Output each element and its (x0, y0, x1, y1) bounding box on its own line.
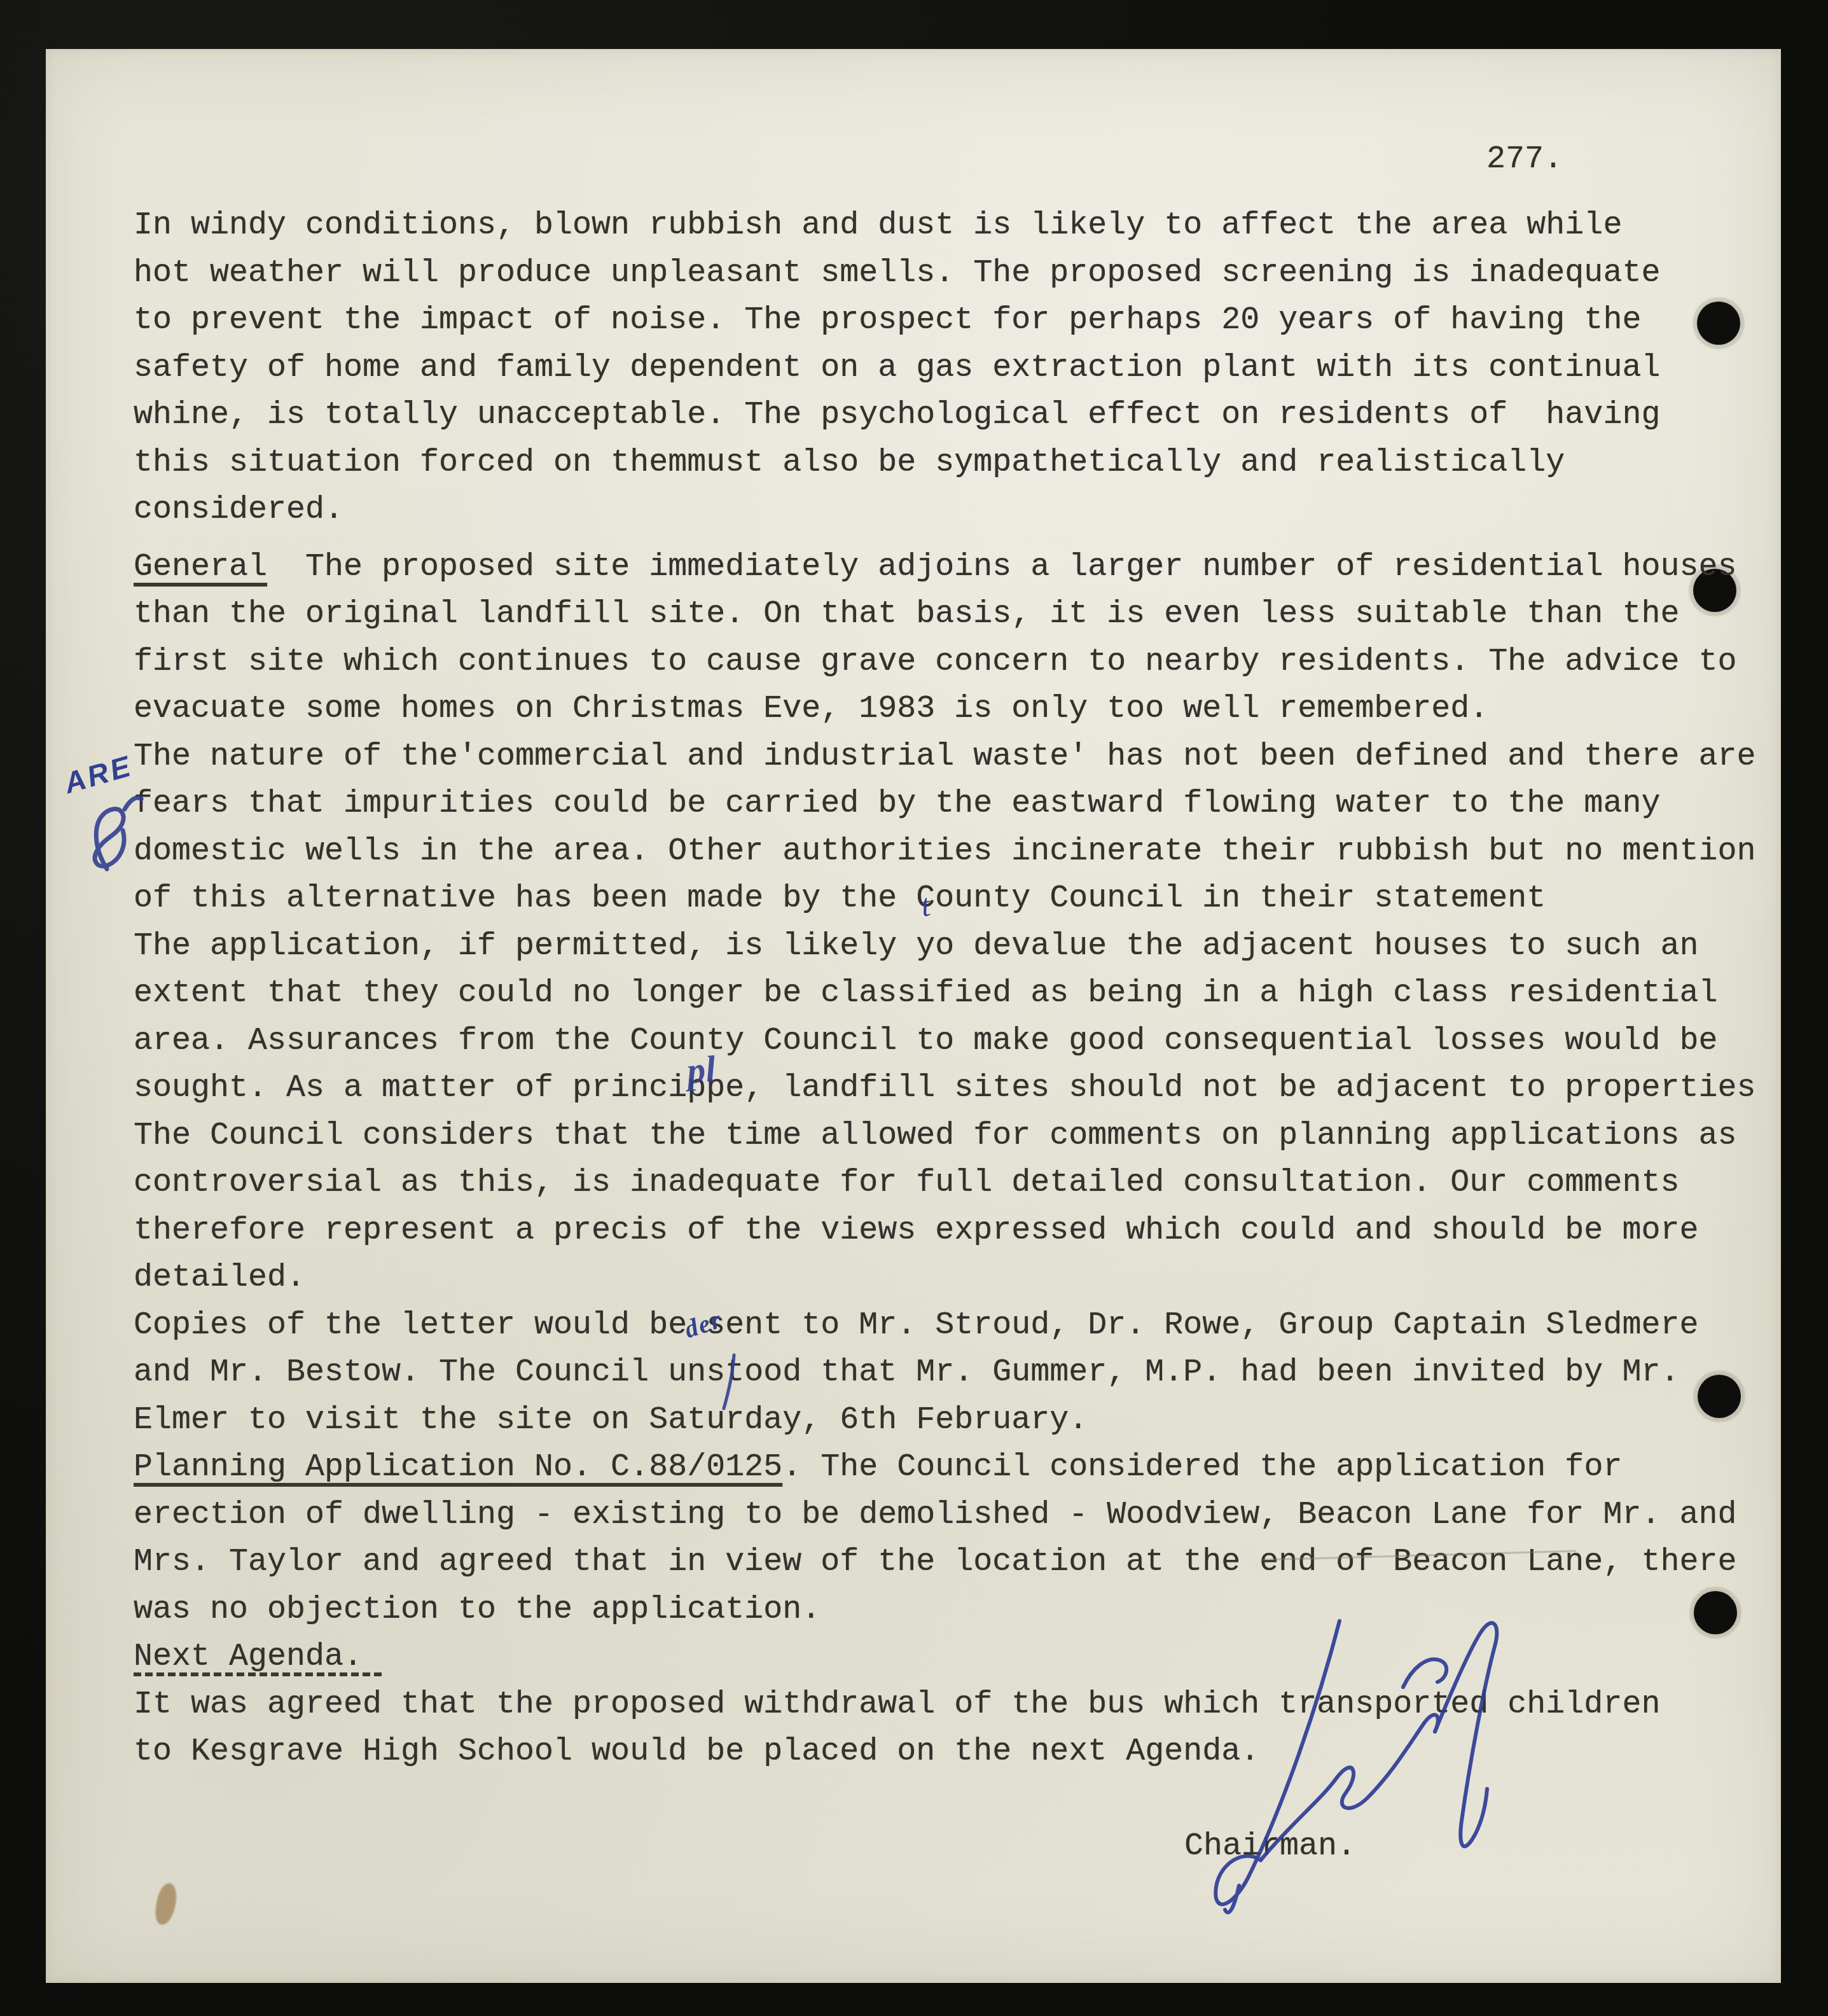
typed-text: first site which continues to cause grav… (134, 644, 1736, 680)
typed-line: Next Agenda. (134, 1634, 1755, 1681)
typed-line: whine, is totally unacceptable. The psyc… (134, 392, 1755, 440)
typed-text: The proposed site immediately adjoins a … (267, 549, 1736, 585)
typed-text: In windy conditions, blown rubbish and d… (134, 207, 1622, 244)
typed-text: safety of home and family dependent on a… (134, 350, 1660, 386)
typed-text: than the original landfill site. On that… (134, 596, 1679, 632)
typed-line: hot weather will produce unpleasant smel… (134, 250, 1755, 298)
typed-line: Mrs. Taylor and agreed that in view of t… (134, 1539, 1755, 1587)
typed-text: The application, if permitted, is likely… (134, 928, 1698, 964)
typed-text: evacuate some homes on Christmas Eve, 19… (134, 691, 1488, 727)
typed-line: Elmer to visit the site on Saturday, 6th… (134, 1397, 1755, 1445)
typed-text: controversial as this, is inadequate for… (134, 1165, 1679, 1201)
typed-line: domestic wells in the area. Other author… (134, 828, 1755, 876)
typed-text: erection of dwelling - existing to be de… (134, 1497, 1736, 1533)
typed-text: . The Council considered the application… (782, 1449, 1622, 1485)
typed-line: detailed. (134, 1255, 1755, 1302)
typed-text: whine, is totally unacceptable. The psyc… (134, 397, 1660, 433)
typed-text: and Mr. Bestow. The Council unstood that… (134, 1354, 1679, 1391)
typed-line: of this alternative has been made by the… (134, 875, 1755, 923)
typed-text: to Kesgrave High School would be placed … (134, 1734, 1259, 1770)
typed-text: The nature of the'commercial and industr… (134, 739, 1755, 775)
typed-line: evacuate some homes on Christmas Eve, 19… (134, 686, 1755, 733)
typed-text: fears that impurities could be carried b… (134, 786, 1660, 822)
typed-text: sought. As a matter of princippe, landfi… (134, 1070, 1755, 1106)
typed-text: Copies of the letter would be sent to Mr… (134, 1307, 1698, 1344)
handwritten-pl-correction: pl (685, 1047, 717, 1092)
typed-text: Elmer to visit the site on Saturday, 6th… (134, 1402, 1088, 1438)
typed-text: therefore represent a precis of the view… (134, 1213, 1698, 1249)
typed-line: In windy conditions, blown rubbish and d… (134, 202, 1755, 250)
typed-text: this situation forced on themmust also b… (134, 445, 1565, 481)
typed-line: safety of home and family dependent on a… (134, 345, 1755, 393)
typed-line: fears that impurities could be carried b… (134, 781, 1755, 828)
typed-text: extent that they could no longer be clas… (134, 975, 1717, 1011)
typed-text-block: In windy conditions, blown rubbish and d… (134, 202, 1755, 1776)
typed-line: to prevent the impact of noise. The pros… (134, 297, 1755, 345)
typed-line: The application, if permitted, is likely… (134, 923, 1755, 971)
underlined-text: Next Agenda. (134, 1639, 382, 1675)
typed-text: was no objection to the application. (134, 1592, 821, 1628)
typed-line: The nature of the'commercial and industr… (134, 733, 1755, 781)
typed-text: considered. (134, 492, 343, 528)
typed-text: Mrs. Taylor and agreed that in view of t… (134, 1544, 1736, 1580)
typed-line: and Mr. Bestow. The Council unstood that… (134, 1349, 1755, 1397)
typed-line: considered. (134, 487, 1755, 534)
typed-line: controversial as this, is inadequate for… (134, 1160, 1755, 1207)
typed-text: area. Assurances from the County Council… (134, 1023, 1717, 1059)
page-number: 277. (1486, 141, 1563, 177)
typed-line: The Council considers that the time allo… (134, 1113, 1755, 1160)
typed-line: Planning Application No. C.88/0125. The … (134, 1444, 1755, 1492)
typed-line: this situation forced on themmust also b… (134, 440, 1755, 487)
typed-line: therefore represent a precis of the view… (134, 1207, 1755, 1255)
typed-line: than the original landfill site. On that… (134, 591, 1755, 639)
stain-mark (154, 1882, 179, 1926)
typed-line: Copies of the letter would be sent to Mr… (134, 1302, 1755, 1350)
underlined-text: General (134, 549, 267, 585)
chairman-label: Chairman. (1184, 1828, 1356, 1865)
typed-line: area. Assurances from the County Council… (134, 1018, 1755, 1066)
typed-text: detailed. (134, 1260, 305, 1296)
typed-line: to Kesgrave High School would be placed … (134, 1728, 1755, 1776)
typed-text: The Council considers that the time allo… (134, 1118, 1736, 1154)
underlined-text: Planning Application No. C.88/0125 (134, 1449, 782, 1485)
typed-text: It was agreed that the proposed withdraw… (134, 1686, 1660, 1723)
typed-text: hot weather will produce unpleasant smel… (134, 255, 1660, 291)
typed-line: General The proposed site immediately ad… (134, 544, 1755, 592)
typed-text: to prevent the impact of noise. The pros… (134, 302, 1641, 338)
typed-text: domestic wells in the area. Other author… (134, 833, 1755, 870)
typed-line: sought. As a matter of princippe, landfi… (134, 1065, 1755, 1113)
typed-line: erection of dwelling - existing to be de… (134, 1492, 1755, 1540)
typed-line: was no objection to the application. (134, 1587, 1755, 1634)
typed-line: first site which continues to cause grav… (134, 639, 1755, 686)
typed-text: of this alternative has been made by the… (134, 880, 1546, 917)
typed-line: extent that they could no longer be clas… (134, 970, 1755, 1018)
typed-line: It was agreed that the proposed withdraw… (134, 1681, 1755, 1729)
